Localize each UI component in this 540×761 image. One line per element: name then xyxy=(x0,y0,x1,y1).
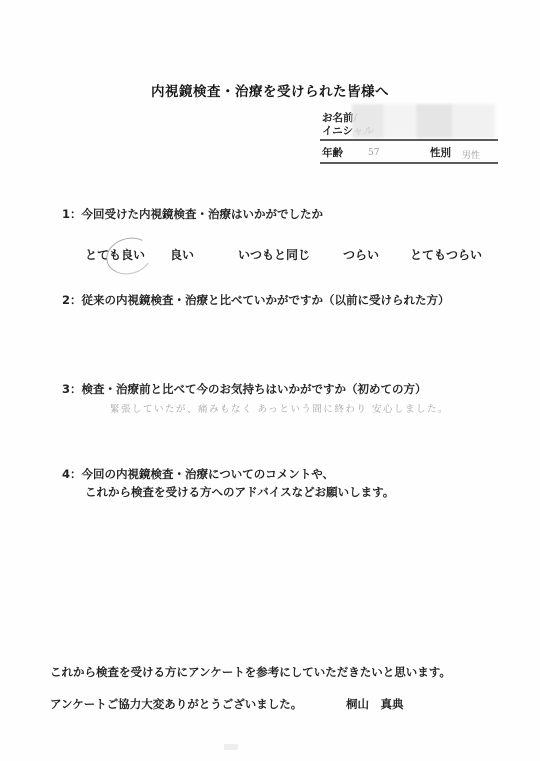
footer-request: これから検査を受ける方にアンケートを参考にしていただきたいと思います。 xyxy=(50,664,451,680)
question-3: 3：検査・治療前と比べて今のお気持ちはいかがですか（初めての方） xyxy=(62,381,427,397)
gender-value: 男性 xyxy=(462,148,480,161)
name-underline xyxy=(320,139,498,141)
option-very-good[interactable]: とても良い xyxy=(85,246,145,263)
survey-page: 内視鏡検査・治療を受けられた皆様へ お名前/ イニシャル 年齢 57 性別 男性… xyxy=(0,0,540,761)
age-value: 57 xyxy=(368,148,379,158)
question-2: 2：従来の内視鏡検査・治療と比べていかがですか（以前に受けられた方） xyxy=(62,292,450,308)
age-label: 年齢 xyxy=(322,147,343,160)
question-4-line1: 4：今回の内視鏡検査・治療についてのコメントや、 xyxy=(62,466,334,482)
name-redacted-field xyxy=(352,104,495,138)
signature: 桐山 真典 xyxy=(346,696,404,712)
question-1: 1：今回受けた内視鏡検査・治療はいかがでしたか xyxy=(62,206,323,222)
gender-label: 性別 xyxy=(430,147,451,160)
page-mark xyxy=(224,744,238,750)
question-3-handwritten-answer: 緊張していたが、痛みもなく あっという間に終わり 安心しました。 xyxy=(110,401,449,415)
option-same-as-usual[interactable]: いつもと同じ xyxy=(238,246,310,263)
document-title: 内視鏡検査・治療を受けられた皆様へ xyxy=(0,80,540,100)
option-very-hard[interactable]: とてもつらい xyxy=(410,246,482,263)
age-gender-underline xyxy=(320,162,498,164)
footer-thanks: アンケートご協力大変ありがとうございました。 xyxy=(50,696,302,712)
question-4-line2: これから検査を受ける方へのアドバイスなどお願いします。 xyxy=(85,484,394,500)
option-good[interactable]: 良い xyxy=(170,246,194,263)
option-hard[interactable]: つらい xyxy=(343,246,379,263)
